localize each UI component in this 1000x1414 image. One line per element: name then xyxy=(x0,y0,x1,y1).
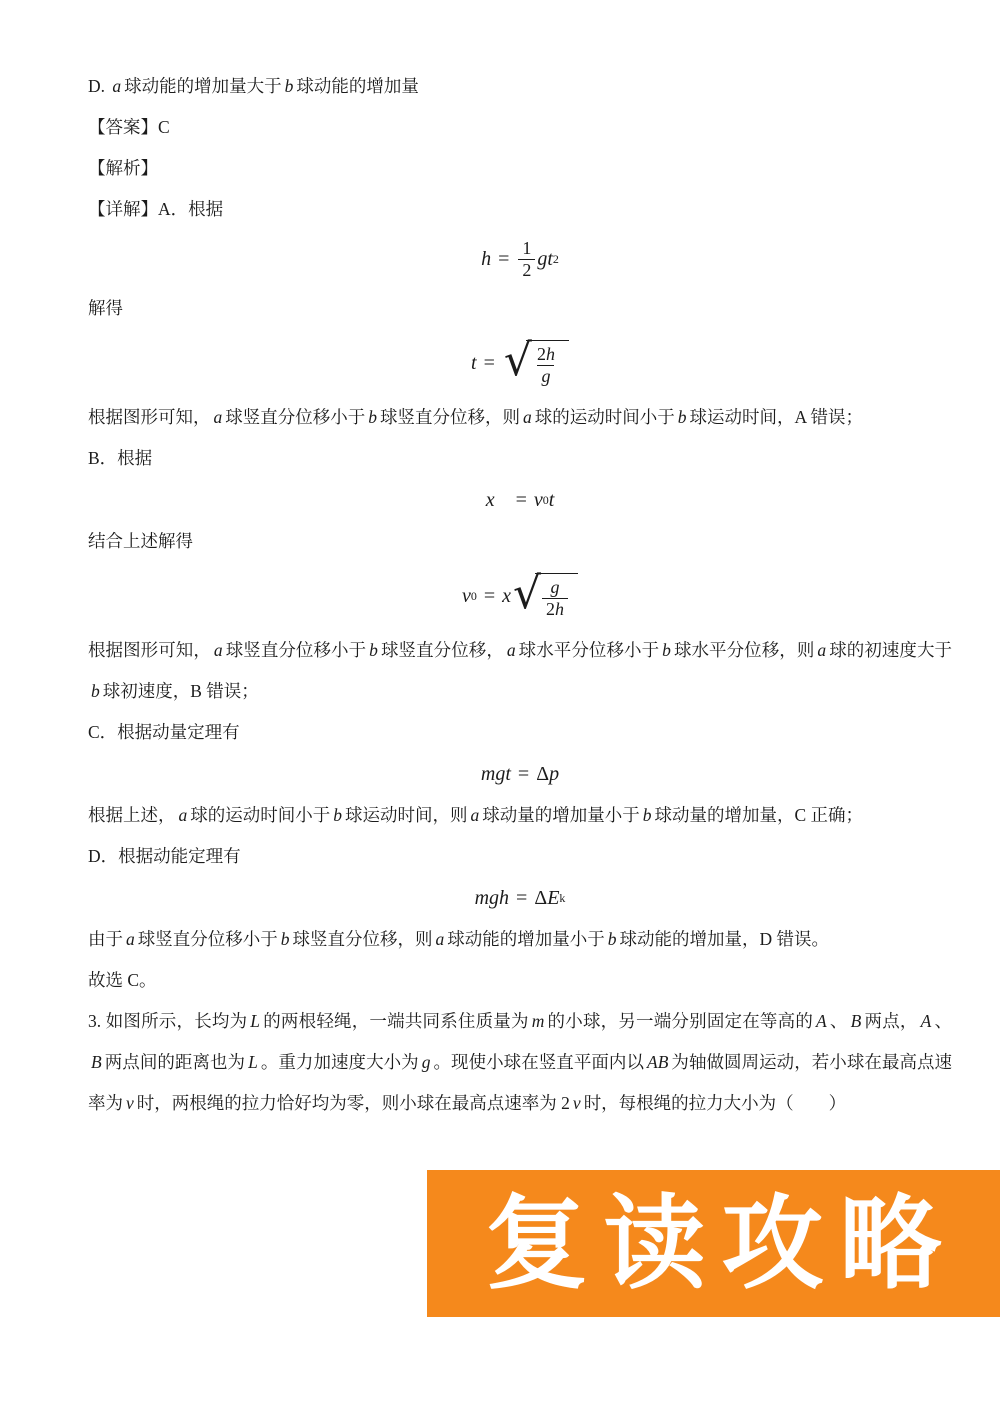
equals-sign: = xyxy=(484,352,495,375)
velocity-base: v xyxy=(534,489,543,512)
fraction-numerator: 2h xyxy=(533,344,559,365)
paragraph-analysis: 【解析】 xyxy=(88,148,952,189)
paragraph-conclusion-b: 根据图形可知，a球竖直分位移小于b球竖直分位移，a球水平分位移小于b球水平分位移… xyxy=(88,630,952,712)
fraction-denominator: 2h xyxy=(542,598,568,620)
document-page: D. a球动能的增加量大于b球动能的增加量 【答案】C 【解析】 【详解】A．根… xyxy=(0,0,1000,1414)
radicand: g 2h xyxy=(535,573,578,619)
fraction-numerator: g xyxy=(547,577,564,598)
paragraph-option-d: D. a球动能的增加量大于b球动能的增加量 xyxy=(88,66,952,107)
paragraph-conclusion-a: 根据图形可知，a球竖直分位移小于b球竖直分位移，则a球的运动时间小于b球运动时间… xyxy=(88,397,952,438)
radicand: 2h g xyxy=(526,340,569,386)
equals-sign: = xyxy=(516,489,527,512)
square-root: √ 2h g xyxy=(504,340,569,386)
formula-lhs: x xyxy=(486,489,495,512)
banner-text: 复读攻略 xyxy=(470,1193,958,1295)
promo-banner: 复读攻略 xyxy=(427,1170,1000,1317)
formula-lhs: v xyxy=(462,585,471,608)
coefficient: x xyxy=(502,585,511,608)
formula-lhs: t xyxy=(471,352,477,375)
square-root: √ g 2h xyxy=(513,573,578,619)
equals-sign: = xyxy=(516,887,527,910)
formula-lhs: mgh xyxy=(475,887,509,910)
delta-symbol: Δ xyxy=(534,887,547,910)
paragraph-conclusion-d: 由于a球竖直分位移小于b球竖直分位移，则a球动能的增加量小于b球动能的增加量，D… xyxy=(88,919,952,960)
paragraph-point-d: D．根据动能定理有 xyxy=(88,836,952,877)
formula-free-fall-height: h = 1 2 gt 2 xyxy=(88,230,952,288)
equals-sign: = xyxy=(484,585,495,608)
paragraph-point-c: C．根据动量定理有 xyxy=(88,712,952,753)
formula-initial-speed: v 0 = x √ g 2h xyxy=(88,562,952,630)
equals-sign: = xyxy=(498,248,509,271)
fraction: 1 2 xyxy=(518,238,535,280)
fraction: 2h g xyxy=(533,344,559,386)
formula-impulse-momentum: mgt = Δ p xyxy=(88,753,952,795)
formula-lhs: h xyxy=(481,248,491,271)
paragraph-detail-a: 【详解】A．根据 xyxy=(88,189,952,230)
paragraph-combine: 结合上述解得 xyxy=(88,521,952,562)
paragraph-question-3: 3. 如图所示，长均为L的两根轻绳，一端共同系住质量为m的小球，另一端分别固定在… xyxy=(88,1001,952,1124)
formula-fall-time: t = √ 2h g xyxy=(88,329,952,397)
formula-body: gt xyxy=(537,248,553,271)
paragraph-solve: 解得 xyxy=(88,288,952,329)
formula-tail: t xyxy=(549,489,555,512)
formula-work-energy: mgh = Δ E k xyxy=(88,877,952,919)
paragraph-conclusion-c: 根据上述，a球的运动时间小于b球运动时间，则a球动量的增加量小于b球动量的增加量… xyxy=(88,795,952,836)
fraction: g 2h xyxy=(542,577,568,619)
paragraph-point-b: B．根据 xyxy=(88,438,952,479)
delta-symbol: Δ xyxy=(536,763,549,786)
paragraph-answer: 【答案】C xyxy=(88,107,952,148)
equals-sign: = xyxy=(518,763,529,786)
paragraph-choose: 故选 C。 xyxy=(88,960,952,1001)
formula-lhs: mgt xyxy=(481,763,511,786)
document-content: D. a球动能的增加量大于b球动能的增加量 【答案】C 【解析】 【详解】A．根… xyxy=(88,66,952,1124)
fraction-denominator: 2 xyxy=(518,259,535,281)
fraction-denominator: g xyxy=(537,365,554,387)
momentum-variable: p xyxy=(549,763,559,786)
energy-base: E xyxy=(547,887,559,910)
fraction-numerator: 1 xyxy=(518,238,535,259)
formula-horizontal-range: x = v 0 t xyxy=(88,479,952,521)
